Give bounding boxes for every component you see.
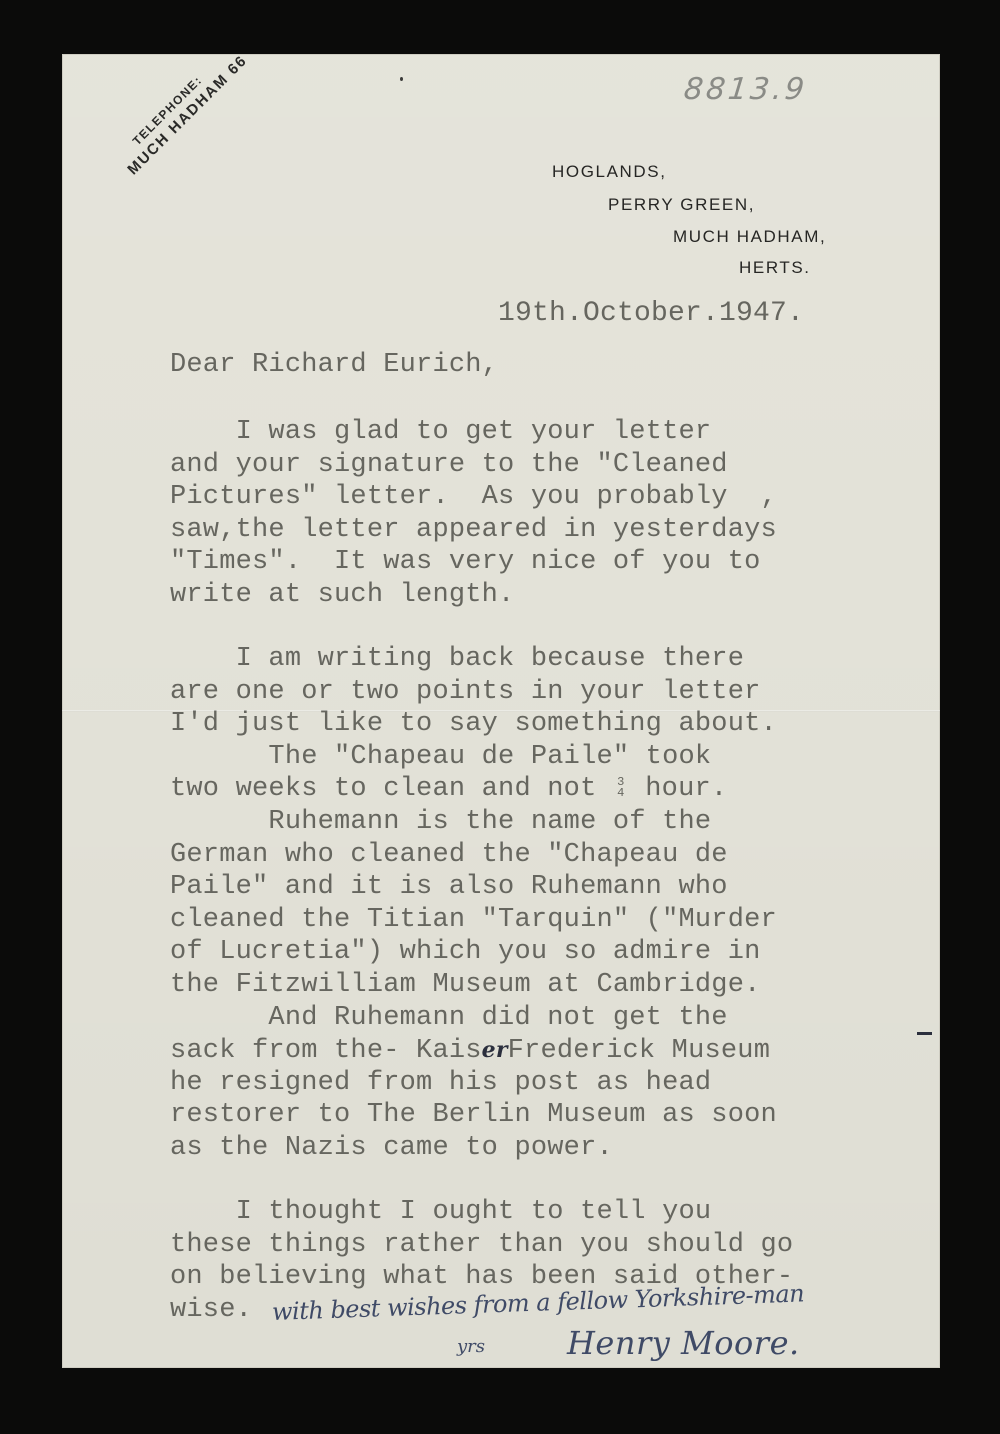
paragraph-1: I was glad to get your letter and your s… bbox=[170, 416, 777, 612]
signature: Henry Moore. bbox=[567, 1324, 800, 1362]
salutation: Dear Richard Eurich, bbox=[170, 350, 498, 380]
text-line: he resigned from his post as head bbox=[170, 1067, 777, 1100]
text-line: cleaned the Titian "Tarquin" ("Murder bbox=[170, 904, 777, 937]
handwritten-correction: er bbox=[482, 1037, 508, 1063]
text-fragment: two weeks to clean and not bbox=[170, 774, 613, 804]
text-line: Pictures" letter. As you probably , bbox=[170, 481, 777, 514]
telephone-number: MUCH HADHAM 66 bbox=[107, 35, 268, 196]
text-line: and your signature to the "Cleaned bbox=[170, 449, 777, 482]
text-line: The "Chapeau de Paile" took bbox=[170, 741, 777, 774]
text-line: Paile" and it is also Ruhemann who bbox=[170, 871, 777, 904]
text-fragment: Frederick Museum bbox=[508, 1036, 770, 1066]
ink-speck bbox=[400, 77, 403, 81]
text-line: I thought I ought to tell you bbox=[170, 1196, 793, 1229]
handwritten-dash bbox=[917, 1032, 932, 1035]
paragraph-2: I am writing back because there are one … bbox=[170, 643, 777, 1165]
text-line: I'd just like to say something about. bbox=[170, 708, 777, 741]
archive-number: 8813.9 bbox=[682, 72, 809, 107]
text-fragment: hour. bbox=[629, 774, 727, 804]
letter-date: 19th.October.1947. bbox=[498, 298, 804, 329]
text-line: are one or two points in your letter bbox=[170, 676, 777, 709]
text-line: write at such length. bbox=[170, 579, 777, 612]
text-line: saw,the letter appeared in yesterdays bbox=[170, 514, 777, 547]
text-line: Ruhemann is the name of the bbox=[170, 806, 777, 839]
letterhead-telephone: TELEPHONE: MUCH HADHAM 66 bbox=[96, 24, 268, 196]
address-line-2: PERRY GREEN, bbox=[608, 195, 755, 215]
text-line: I was glad to get your letter bbox=[170, 416, 777, 449]
text-line: the Fitzwilliam Museum at Cambridge. bbox=[170, 969, 777, 1002]
text-line: I am writing back because there bbox=[170, 643, 777, 676]
handwritten-yrs: yrs bbox=[457, 1336, 485, 1357]
text-line: And Ruhemann did not get the bbox=[170, 1002, 777, 1035]
text-line: restorer to The Berlin Museum as soon bbox=[170, 1099, 777, 1132]
address-line-1: HOGLANDS, bbox=[552, 162, 667, 182]
text-fragment: sack from the- Kais bbox=[170, 1036, 482, 1066]
telephone-label: TELEPHONE: bbox=[80, 24, 254, 198]
text-line: as the Nazis came to power. bbox=[170, 1132, 777, 1165]
text-line: of Lucretia") which you so admire in bbox=[170, 936, 777, 969]
text-line-kaiser: sack from the- KaiserFrederick Museum bbox=[170, 1034, 777, 1067]
address-line-4: HERTS. bbox=[739, 258, 811, 278]
text-line: these things rather than you should go bbox=[170, 1229, 793, 1262]
text-line-fraction: two weeks to clean and not 34 hour. bbox=[170, 773, 777, 806]
address-line-3: MUCH HADHAM, bbox=[673, 227, 826, 247]
text-line: "Times". It was very nice of you to bbox=[170, 546, 777, 579]
text-line: German who cleaned the "Chapeau de bbox=[170, 839, 777, 872]
letter-paper: 8813.9 TELEPHONE: MUCH HADHAM 66 HOGLAND… bbox=[62, 54, 940, 1368]
three-quarters-fraction: 34 bbox=[613, 777, 629, 799]
fraction-denominator: 4 bbox=[613, 788, 629, 799]
